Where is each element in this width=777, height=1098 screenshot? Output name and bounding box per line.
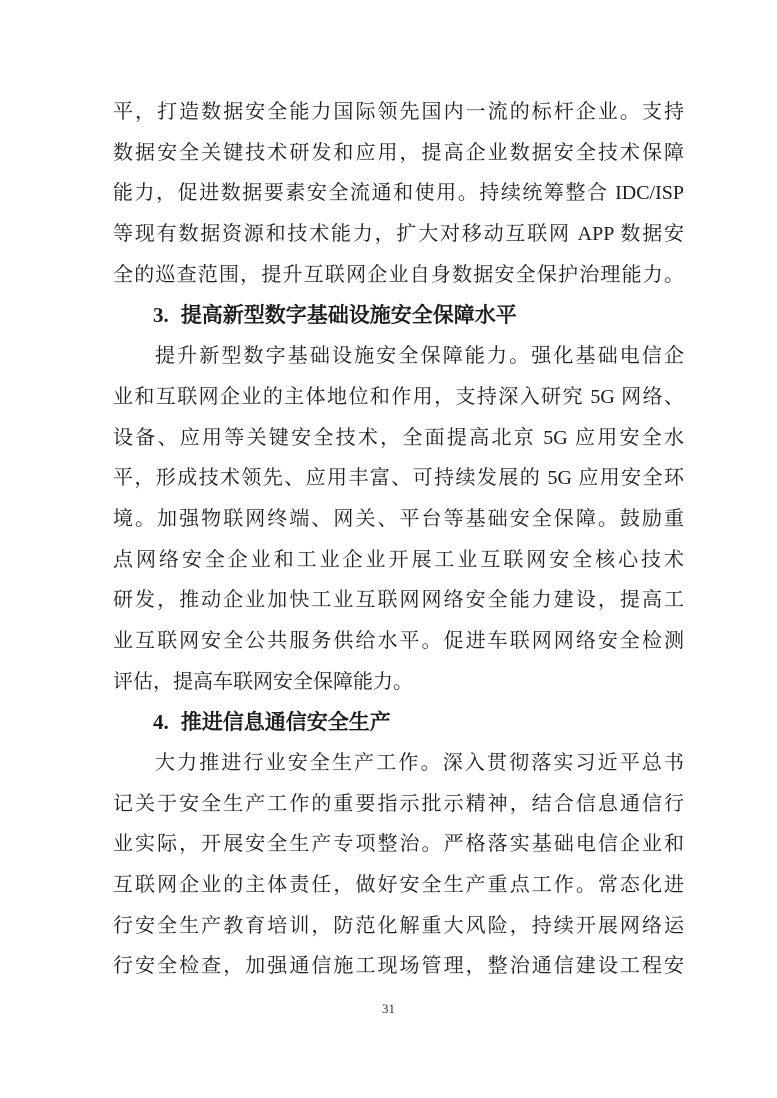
text-line: 境。加强物联网终端、网关、平台等基础安全保障。鼓励重 <box>113 499 684 540</box>
section-heading-3: 3.提高新型数字基础设施安全保障水平 <box>113 295 684 336</box>
text-line: 行安全检查，加强通信施工现场管理，整治通信建设工程安 <box>113 946 684 987</box>
text-line: 互联网企业的主体责任，做好安全生产重点工作。常态化进 <box>113 865 684 906</box>
text-line: 业互联网安全公共服务供给水平。促进车联网网络安全检测 <box>113 621 684 662</box>
text-line: 大力推进行业安全生产工作。深入贯彻落实习近平总书 <box>113 743 684 784</box>
text-line: 业和互联网企业的主体地位和作用，支持深入研究 5G 网络、 <box>113 377 684 418</box>
text-line: 研发，推动企业加快工业互联网网络安全能力建设，提高工 <box>113 580 684 621</box>
text-block: 平，打造数据安全能力国际领先国内一流的标杆企业。支持 数据安全关键技术研发和应用… <box>113 92 684 987</box>
text-line: 等现有数据资源和技术能力，扩大对移动互联网 APP 数据安 <box>113 214 684 255</box>
text-line: 平，形成技术领先、应用丰富、可持续发展的 5G 应用安全环 <box>113 458 684 499</box>
paragraph: 平，打造数据安全能力国际领先国内一流的标杆企业。支持 数据安全关键技术研发和应用… <box>113 92 684 295</box>
text-line: 评估，提高车联网安全保障能力。 <box>113 662 684 703</box>
paragraph: 大力推进行业安全生产工作。深入贯彻落实习近平总书 记关于安全生产工作的重要指示批… <box>113 743 684 987</box>
text-line: 全的巡查范围，提升互联网企业自身数据安全保护治理能力。 <box>113 255 684 296</box>
text-line: 行安全生产教育培训，防范化解重大风险，持续开展网络运 <box>113 906 684 947</box>
text-line: 点网络安全企业和工业企业开展工业互联网安全核心技术 <box>113 540 684 581</box>
section-number: 4. <box>153 702 169 743</box>
text-line: 平，打造数据安全能力国际领先国内一流的标杆企业。支持 <box>113 92 684 133</box>
section-heading-4: 4.推进信息通信安全生产 <box>113 702 684 743</box>
section-title: 提高新型数字基础设施安全保障水平 <box>181 303 517 327</box>
document-page: 平，打造数据安全能力国际领先国内一流的标杆企业。支持 数据安全关键技术研发和应用… <box>0 0 777 1098</box>
section-title: 推进信息通信安全生产 <box>181 710 391 734</box>
text-line: 业实际，开展安全生产专项整治。严格落实基础电信企业和 <box>113 824 684 865</box>
page-number: 31 <box>0 1001 777 1017</box>
section-number: 3. <box>153 295 169 336</box>
text-line: 设备、应用等关键安全技术，全面提高北京 5G 应用安全水 <box>113 418 684 459</box>
text-line: 数据安全关键技术研发和应用，提高企业数据安全技术保障 <box>113 133 684 174</box>
paragraph: 提升新型数字基础设施安全保障能力。强化基础电信企 业和互联网企业的主体地位和作用… <box>113 336 684 702</box>
text-line: 记关于安全生产工作的重要指示批示精神，结合信息通信行 <box>113 784 684 825</box>
text-line: 能力，促进数据要素安全流通和使用。持续统筹整合 IDC/ISP <box>113 173 684 214</box>
text-line: 提升新型数字基础设施安全保障能力。强化基础电信企 <box>113 336 684 377</box>
